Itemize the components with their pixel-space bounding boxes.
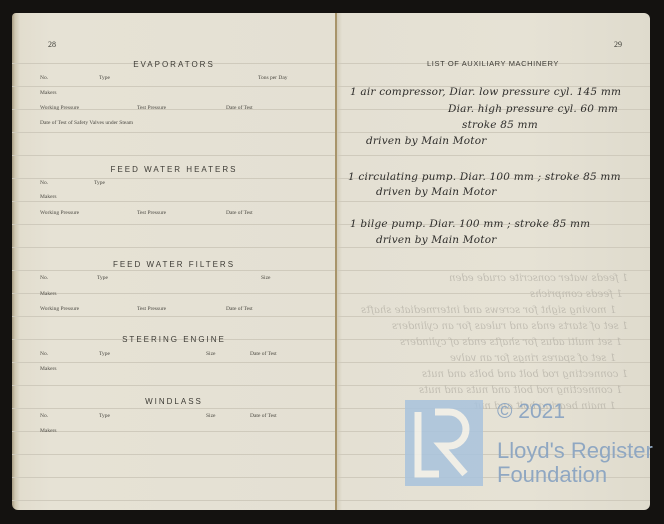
- book-spine: [335, 13, 337, 510]
- section-heading: FEED WATER HEATERS: [12, 165, 336, 174]
- org-name-line1: Lloyd's Register: [497, 438, 653, 464]
- field-label: No.: [40, 75, 48, 81]
- handwritten-line: stroke 85 mm: [462, 119, 538, 131]
- field-label: Makers: [40, 90, 57, 96]
- bleed-through-line: 1 moving sight for screws and intermedia…: [361, 305, 616, 316]
- ruled-lines: [12, 41, 336, 510]
- field-label: Type: [94, 180, 105, 186]
- field-label: Type: [99, 351, 110, 357]
- field-label: Date of Test: [226, 210, 253, 216]
- handwritten-line: 1 circulating pump. Diar. 100 mm ; strok…: [348, 171, 621, 183]
- page-number-left: 28: [48, 40, 56, 49]
- bleed-through-line: 1 connecting rod bolt and bolts and nuts: [422, 369, 628, 380]
- field-label: Tons per Day: [258, 75, 288, 81]
- handwritten-line: 1 air compressor, Diar. low pressure cyl…: [350, 86, 621, 98]
- lr-logo-icon: [405, 400, 483, 486]
- bleed-through-line: 1 connecting rod bolt and nuts and nuts: [419, 385, 622, 396]
- section-heading: STEERING ENGINE: [12, 335, 336, 344]
- field-label: Date of Test of Safety Valves under Stea…: [40, 120, 133, 126]
- field-label: Size: [206, 413, 215, 419]
- bleed-through-line: 1 set of spares rings for an valve: [450, 353, 616, 364]
- page-number-right: 29: [614, 40, 622, 49]
- field-label: No.: [40, 275, 48, 281]
- field-label: No.: [40, 180, 48, 186]
- field-label: Type: [99, 413, 110, 419]
- field-label: Date of Test: [226, 306, 253, 312]
- field-label: No.: [40, 413, 48, 419]
- field-label: Test Pressure: [137, 210, 166, 216]
- field-label: Test Pressure: [137, 105, 166, 111]
- bleed-through-line: 1 set of starts ends and ruleas for an c…: [392, 321, 628, 332]
- field-label: Test Pressure: [137, 306, 166, 312]
- field-label: Makers: [40, 194, 57, 200]
- field-label: Working Pressure: [40, 105, 79, 111]
- field-label: Makers: [40, 291, 57, 297]
- field-label: Working Pressure: [40, 210, 79, 216]
- bleed-through-line: 1 feeds comprichs: [530, 289, 622, 300]
- section-heading: WINDLASS: [12, 397, 336, 406]
- handwritten-line: 1 bilge pump. Diar. 100 mm ; stroke 85 m…: [350, 218, 590, 230]
- handwritten-line: Diar. high pressure cyl. 60 mm: [448, 103, 618, 115]
- field-label: Size: [261, 275, 270, 281]
- page-title: LIST OF AUXILIARY MACHINERY: [336, 59, 650, 68]
- org-name-line2: Foundation: [497, 462, 607, 488]
- field-label: Makers: [40, 428, 57, 434]
- bleed-through-line: 1 set multi adus for shafts ends of cyli…: [400, 337, 622, 348]
- bleed-through-line: 1 feeds water conscrite crude eden: [449, 273, 628, 284]
- handwritten-line: driven by Main Motor: [376, 234, 496, 246]
- section-heading: EVAPORATORS: [12, 60, 336, 69]
- field-label: No.: [40, 351, 48, 357]
- handwritten-line: driven by Main Motor: [366, 135, 486, 147]
- left-page: 28 EVAPORATORSNo.TypeTons per DayMakersW…: [12, 13, 336, 510]
- field-label: Size: [206, 351, 215, 357]
- field-label: Working Pressure: [40, 306, 79, 312]
- section-heading: FEED WATER FILTERS: [12, 260, 336, 269]
- field-label: Type: [99, 75, 110, 81]
- field-label: Type: [97, 275, 108, 281]
- handwritten-line: driven by Main Motor: [376, 186, 496, 198]
- field-label: Date of Test: [250, 351, 277, 357]
- field-label: Date of Test: [226, 105, 253, 111]
- copyright-text: © 2021: [497, 400, 565, 424]
- field-label: Makers: [40, 366, 57, 372]
- field-label: Date of Test: [250, 413, 277, 419]
- watermark: © 2021 Lloyd's Register Foundation: [405, 400, 645, 490]
